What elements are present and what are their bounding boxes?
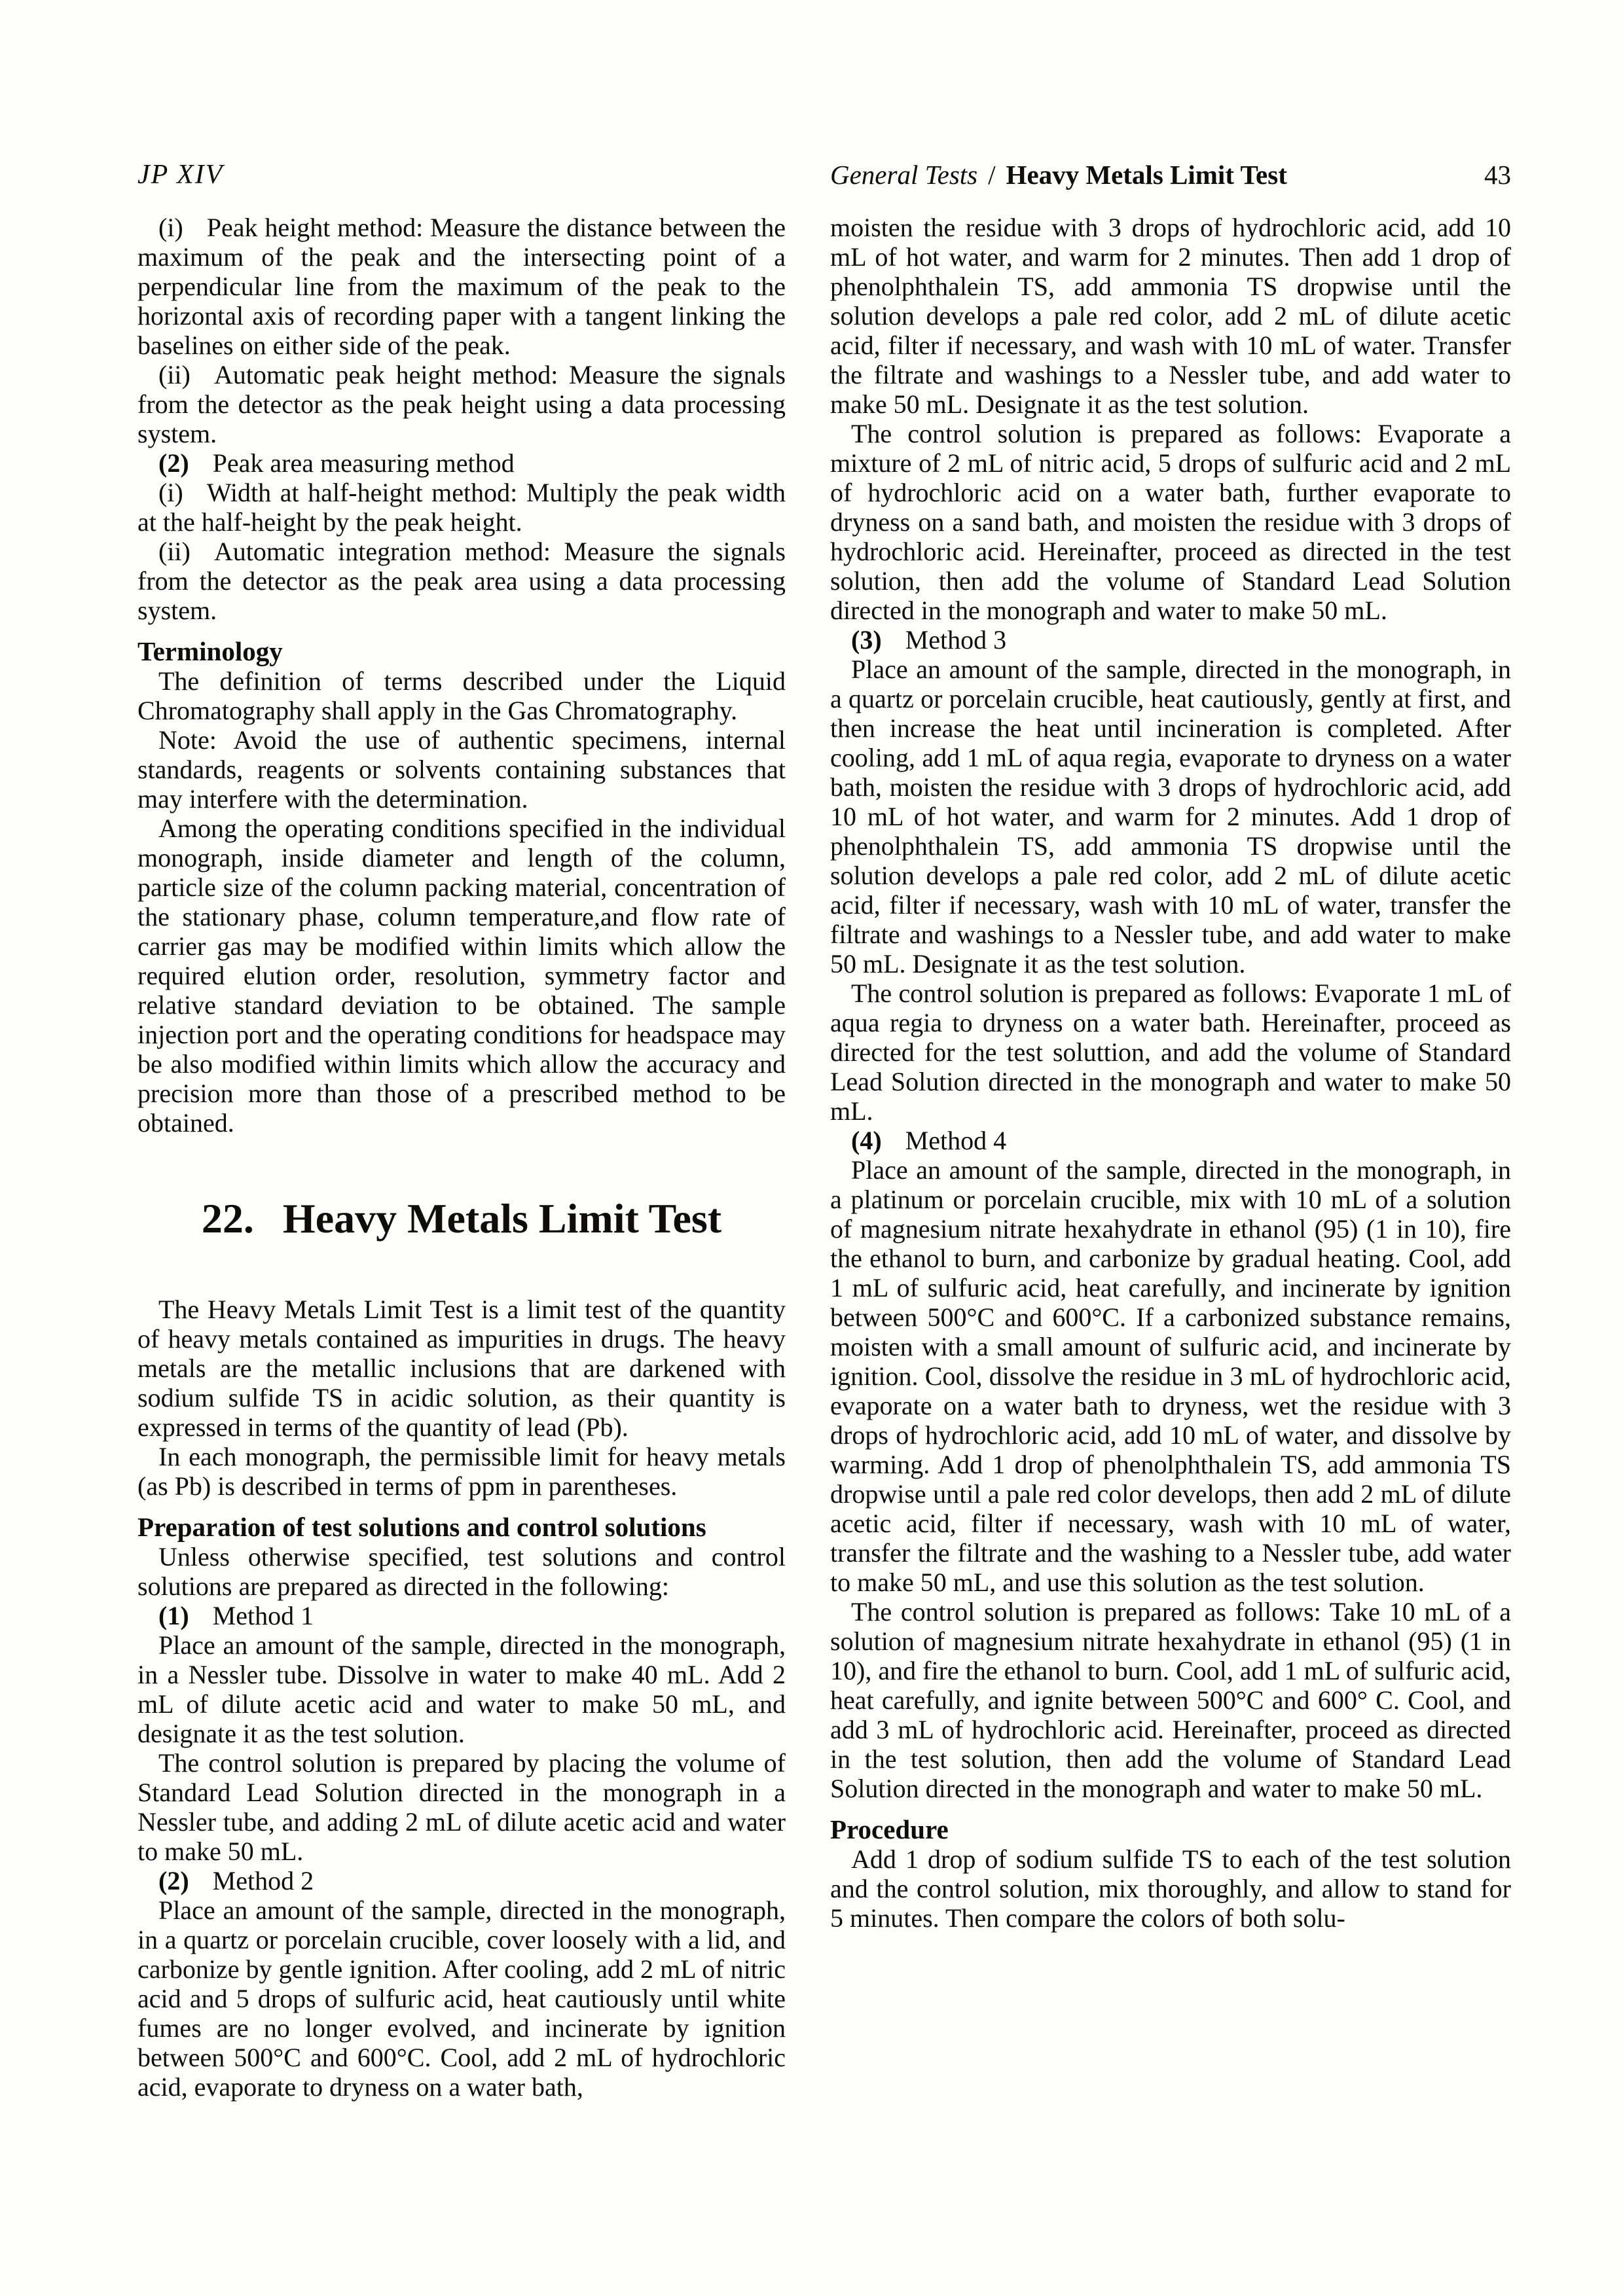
method-title: Method 3 <box>905 625 1006 655</box>
paragraph-method4-test-solution: Place an amount of the sample, directed … <box>830 1155 1511 1597</box>
method-4-heading: (4)Method 4 <box>830 1126 1511 1155</box>
paragraph-permissible-limit: In each monograph, the permissible limit… <box>137 1442 786 1501</box>
method-title: Method 2 <box>213 1866 314 1895</box>
method-title: Method 4 <box>905 1126 1006 1155</box>
paragraph-method4-control-solution: The control solution is prepared as foll… <box>830 1597 1511 1803</box>
preparation-heading: Preparation of test solutions and contro… <box>137 1513 786 1542</box>
method-label: (4) <box>851 1126 882 1155</box>
list-item-width-at-half-height-method: (i)Width at half-height method: Multiply… <box>137 478 786 537</box>
item-label: (i) <box>158 478 183 507</box>
method-label: (2) <box>158 1866 189 1895</box>
item-label: (ii) <box>158 537 191 566</box>
right-column: moisten the residue with 3 drops of hydr… <box>830 213 1511 1933</box>
method-3-heading: (3)Method 3 <box>830 625 1511 655</box>
method-2-heading: (2)Method 2 <box>137 1866 786 1895</box>
header-chapter-title: Heavy Metals Limit Test <box>1006 159 1287 190</box>
paragraph-method1-control-solution: The control solution is prepared by plac… <box>137 1748 786 1866</box>
item-text: Peak area measuring method <box>213 448 515 478</box>
paragraph-method2-control-solution: The control solution is prepared as foll… <box>830 419 1511 625</box>
section-title: Heavy Metals Limit Test <box>283 1195 721 1242</box>
method-label: (1) <box>158 1601 189 1630</box>
section-number: 22. <box>202 1195 254 1242</box>
paragraph-terminology-note: Note: Avoid the use of authentic specime… <box>137 725 786 814</box>
item-label: (2) <box>158 448 189 478</box>
terminology-heading: Terminology <box>137 637 786 666</box>
paragraph-method2-test-solution-start: Place an amount of the sample, directed … <box>137 1895 786 2102</box>
paragraph-operating-conditions: Among the operating conditions specified… <box>137 814 786 1138</box>
item-text: Automatic integration method: Measure th… <box>137 537 786 625</box>
method-label: (3) <box>851 625 882 655</box>
header-section-title: General Tests <box>830 159 977 190</box>
item-text: Automatic peak height method: Measure th… <box>137 360 786 448</box>
document-page: JP XIV General Tests / Heavy Metals Limi… <box>0 0 1623 2296</box>
paragraph-method3-test-solution: Place an amount of the sample, directed … <box>830 655 1511 978</box>
page-number: 43 <box>1484 159 1511 190</box>
list-item-automatic-integration-method: (ii)Automatic integration method: Measur… <box>137 537 786 625</box>
item-text: Width at half-height method: Multiply th… <box>137 478 786 537</box>
running-header: General Tests / Heavy Metals Limit Test … <box>830 159 1511 190</box>
paragraph-terminology-definition: The definition of terms described under … <box>137 666 786 725</box>
left-column: (i)Peak height method: Measure the dista… <box>137 213 786 2102</box>
method-1-heading: (1)Method 1 <box>137 1601 786 1630</box>
list-item-peak-height-method: (i)Peak height method: Measure the dista… <box>137 213 786 360</box>
paragraph-method3-control-solution: The control solution is prepared as foll… <box>830 978 1511 1126</box>
list-item-peak-area-measuring-method: (2)Peak area measuring method <box>137 448 786 478</box>
item-label: (i) <box>158 213 183 242</box>
item-text: Peak height method: Measure the distance… <box>137 213 786 360</box>
procedure-heading: Procedure <box>830 1815 1511 1844</box>
paragraph-procedure: Add 1 drop of sodium sulfide TS to each … <box>830 1844 1511 1933</box>
item-label: (ii) <box>158 360 191 389</box>
paragraph-unless-otherwise-specified: Unless otherwise specified, test solutio… <box>137 1542 786 1601</box>
running-header-journal: JP XIV <box>137 159 223 190</box>
paragraph-method1-test-solution: Place an amount of the sample, directed … <box>137 1630 786 1748</box>
list-item-automatic-peak-height-method: (ii)Automatic peak height method: Measur… <box>137 360 786 448</box>
header-separator: / <box>988 159 995 190</box>
paragraph-method2-test-solution-continued: moisten the residue with 3 drops of hydr… <box>830 213 1511 419</box>
section-22-heading: 22.Heavy Metals Limit Test <box>137 1195 786 1242</box>
method-title: Method 1 <box>213 1601 314 1630</box>
paragraph-limit-test-intro: The Heavy Metals Limit Test is a limit t… <box>137 1295 786 1442</box>
